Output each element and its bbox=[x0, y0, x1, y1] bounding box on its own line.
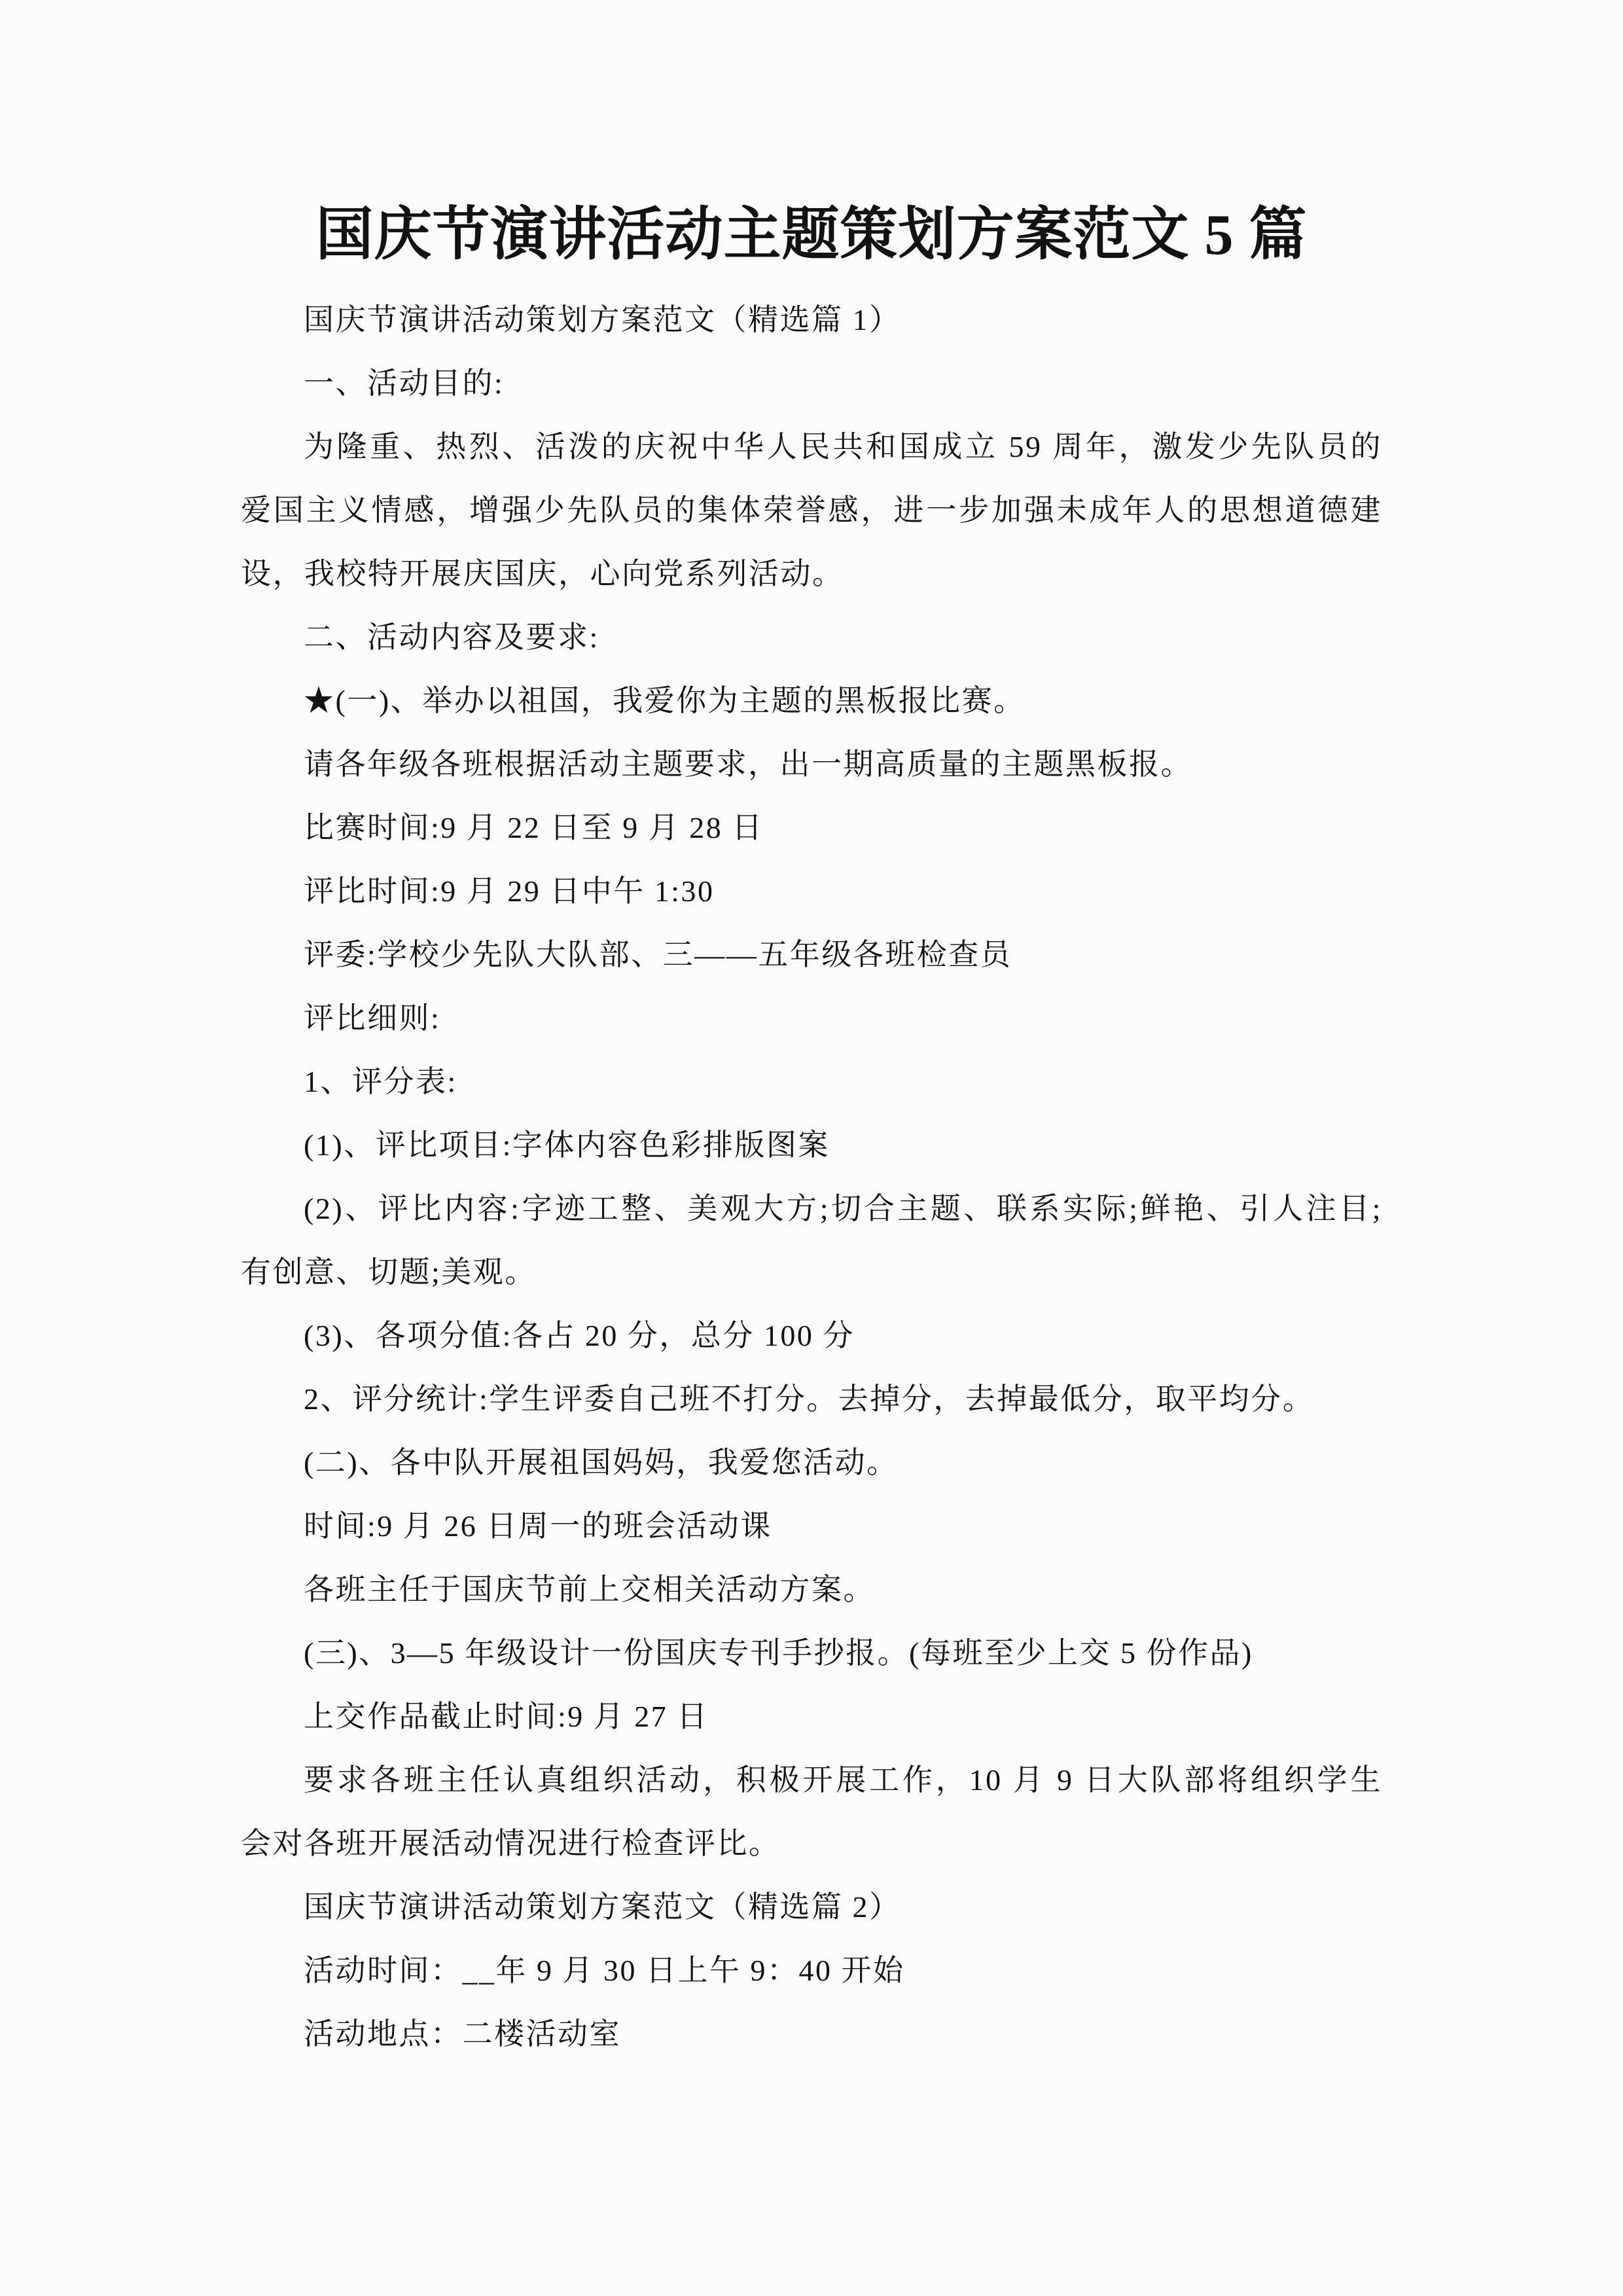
text-line: 比赛时间:9 月 22 日至 9 月 28 日 bbox=[241, 796, 1382, 859]
text-line: 要求各班主任认真组织活动，积极开展工作，10 月 9 日大队部将组织学生 bbox=[241, 1748, 1382, 1812]
text-line: 为隆重、热烈、活泼的庆祝中华人民共和国成立 59 周年，激发少先队员的 bbox=[241, 415, 1382, 478]
text-line: 评比细则: bbox=[241, 986, 1382, 1050]
text-line: 上交作品截止时间:9 月 27 日 bbox=[241, 1685, 1382, 1748]
text-line: 一、活动目的: bbox=[241, 351, 1382, 415]
text-line: 各班主任于国庆节前上交相关活动方案。 bbox=[241, 1558, 1382, 1621]
text-line: (3)、各项分值:各占 20 分，总分 100 分 bbox=[241, 1304, 1382, 1367]
text-line: 二、活动内容及要求: bbox=[241, 605, 1382, 669]
text-line: 1、评分表: bbox=[241, 1050, 1382, 1113]
text-line: 请各年级各班根据活动主题要求，出一期高质量的主题黑板报。 bbox=[241, 732, 1382, 796]
text-line: 时间:9 月 26 日周一的班会活动课 bbox=[241, 1494, 1382, 1558]
text-line: 有创意、切题;美观。 bbox=[241, 1240, 1382, 1304]
text-line: 爱国主义情感，增强少先队员的集体荣誉感，进一步加强未成年人的思想道德建 bbox=[241, 478, 1382, 542]
text-line: 设，我校特开展庆国庆，心向党系列活动。 bbox=[241, 542, 1382, 605]
text-line: 活动地点：二楼活动室 bbox=[241, 2002, 1382, 2066]
text-line: ★(一)、举办以祖国，我爱你为主题的黑板报比赛。 bbox=[241, 669, 1382, 732]
text-line: 活动时间：__年 9 月 30 日上午 9：40 开始 bbox=[241, 1939, 1382, 2002]
text-line: (2)、评比内容:字迹工整、美观大方;切合主题、联系实际;鲜艳、引人注目; bbox=[241, 1177, 1382, 1240]
text-line: 评委:学校少先队大队部、三——五年级各班检查员 bbox=[241, 923, 1382, 986]
text-line: 2、评分统计:学生评委自己班不打分。去掉分，去掉最低分，取平均分。 bbox=[241, 1367, 1382, 1431]
text-line: 评比时间:9 月 29 日中午 1:30 bbox=[241, 859, 1382, 923]
text-line: (二)、各中队开展祖国妈妈，我爱您活动。 bbox=[241, 1431, 1382, 1494]
text-line: 国庆节演讲活动策划方案范文（精选篇 2） bbox=[241, 1875, 1382, 1939]
document-page: 国庆节演讲活动主题策划方案范文 5 篇 国庆节演讲活动策划方案范文（精选篇 1）… bbox=[0, 0, 1623, 2296]
document-body: 国庆节演讲活动策划方案范文（精选篇 1） 一、活动目的: 为隆重、热烈、活泼的庆… bbox=[241, 288, 1382, 2066]
text-line: (三)、3—5 年级设计一份国庆专刊手抄报。(每班至少上交 5 份作品) bbox=[241, 1621, 1382, 1685]
text-line: 国庆节演讲活动策划方案范文（精选篇 1） bbox=[241, 288, 1382, 351]
text-line: (1)、评比项目:字体内容色彩排版图案 bbox=[241, 1113, 1382, 1177]
text-line: 会对各班开展活动情况进行检查评比。 bbox=[241, 1812, 1382, 1875]
page-title: 国庆节演讲活动主题策划方案范文 5 篇 bbox=[241, 195, 1382, 276]
